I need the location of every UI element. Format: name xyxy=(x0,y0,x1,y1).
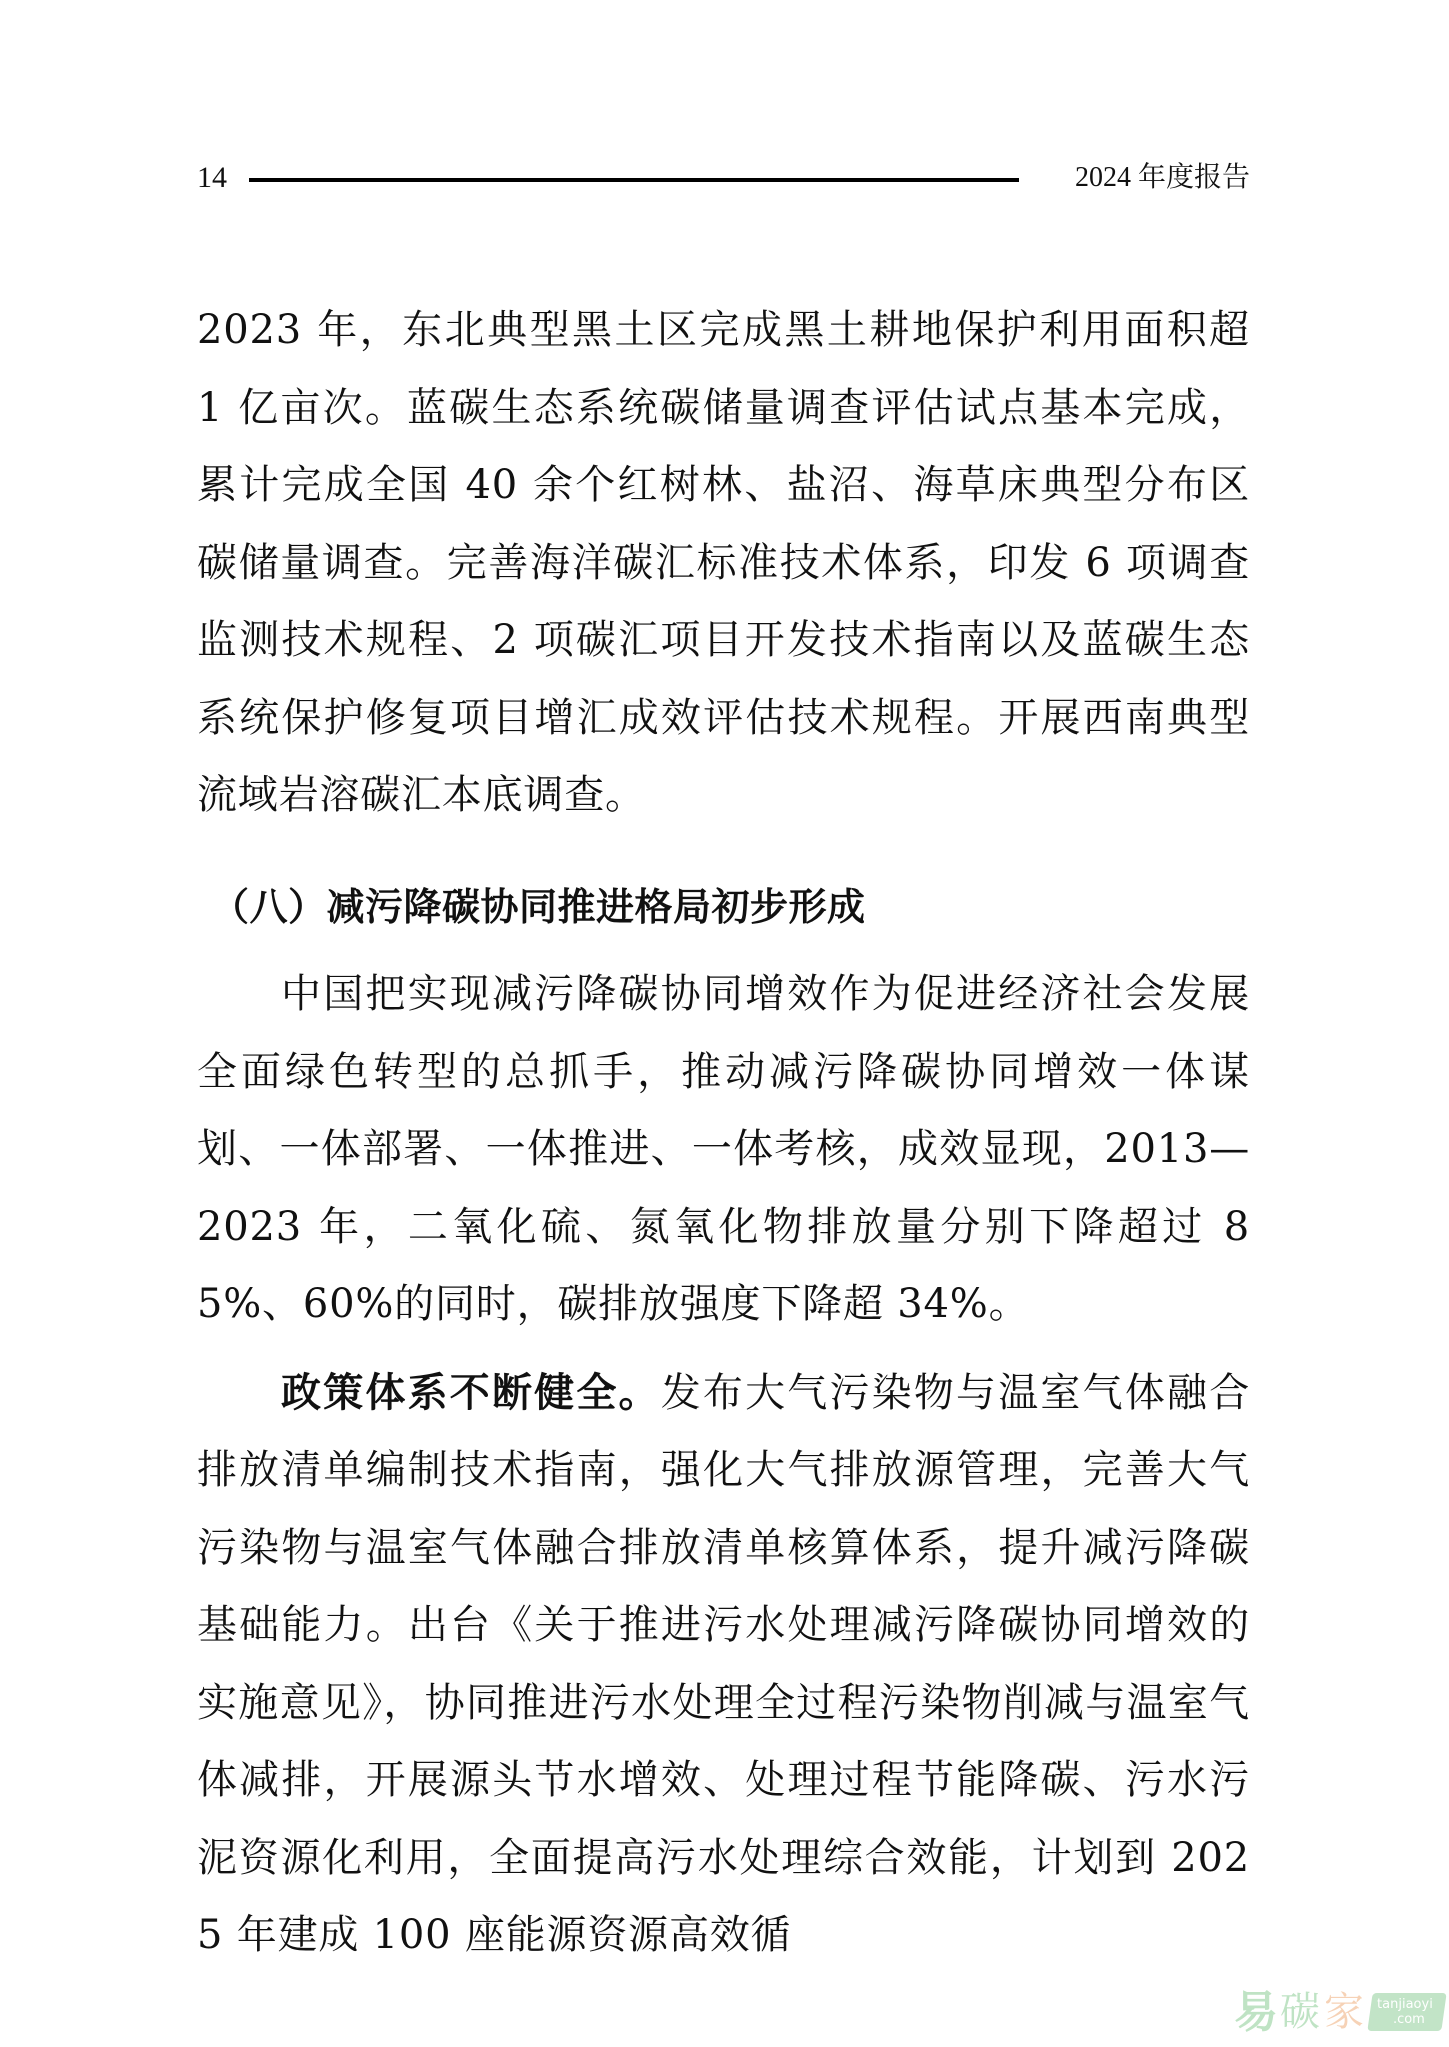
section-heading: （八）减污降碳协同推进格局初步形成 xyxy=(211,869,1250,947)
watermark-char-yi: 易 xyxy=(1234,1985,1278,2040)
watermark-domain: tanjiaoyi xyxy=(1377,1997,1433,2012)
header-rule xyxy=(249,178,1019,182)
watermark-badge: tanjiaoyi .com xyxy=(1367,1993,1446,2031)
watermark-tld: .com xyxy=(1393,2012,1425,2027)
watermark-char-jia: 家 xyxy=(1324,1985,1364,2040)
paragraph-2: 政策体系不断健全。发布大气污染物与温室气体融合排放清单编制技术指南，强化大气排放… xyxy=(197,1354,1250,1975)
page-number: 14 xyxy=(197,160,227,196)
watermark-char-tan: 碳 xyxy=(1280,1985,1320,2040)
intro-paragraph: 2023 年，东北典型黑土区完成黑土耕地保护利用面积超 1 亿亩次。蓝碳生态系统… xyxy=(197,292,1250,835)
paragraph-gap xyxy=(197,1344,1250,1354)
watermark-logo: 易 碳 家 tanjiaoyi .com xyxy=(1234,1985,1449,2040)
paragraph-2-text: 发布大气污染物与温室气体融合排放清单编制技术指南，强化大气排放源管理，完善大气污… xyxy=(197,1370,1250,1959)
paragraph-1: 中国把实现减污降碳协同增效作为促进经济社会发展全面绿色转型的总抓手，推动减污降碳… xyxy=(197,956,1250,1344)
document-body: 2023 年，东北典型黑土区完成黑土耕地保护利用面积超 1 亿亩次。蓝碳生态系统… xyxy=(197,292,1250,1975)
report-title: 2024 年度报告 xyxy=(1075,160,1250,196)
page-header: 14 2024 年度报告 xyxy=(197,160,1250,200)
paragraph-2-lead: 政策体系不断健全。 xyxy=(281,1369,661,1416)
